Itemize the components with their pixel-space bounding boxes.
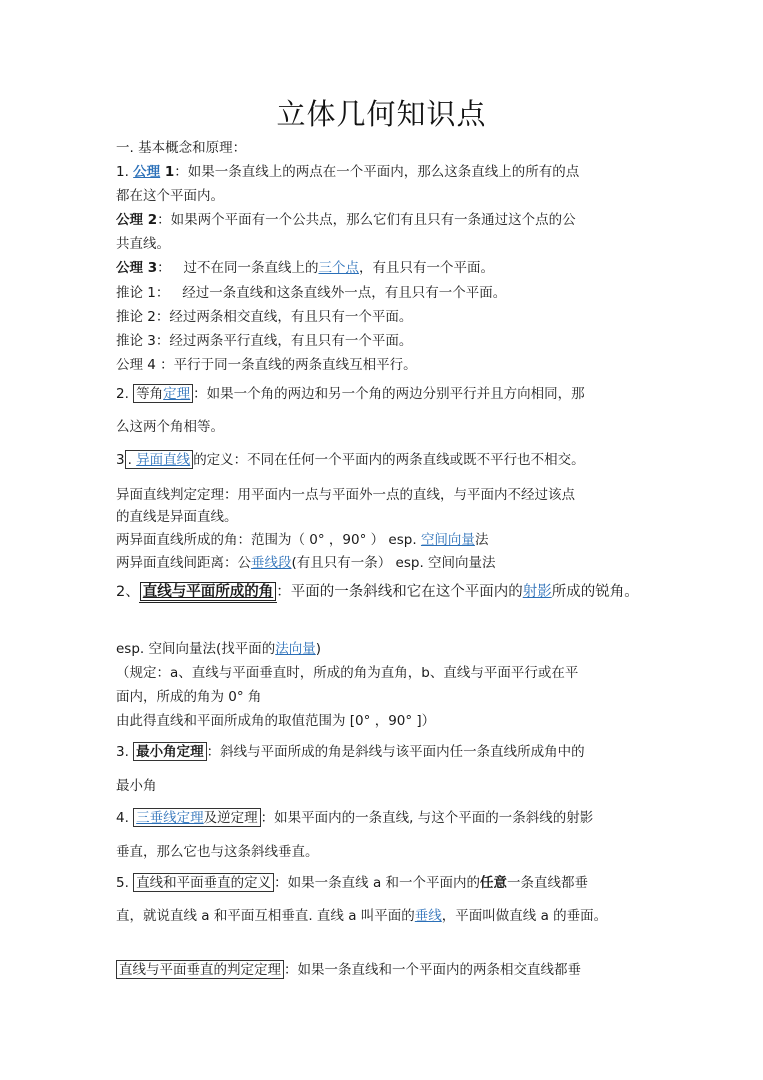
line-plane-perp-def: 5. 直线和平面垂直的定义：如果一条直线 a 和一个平面内的任意一条直线都垂 xyxy=(116,874,588,892)
boxed-term: 三垂线定理及逆定理 xyxy=(133,808,261,827)
skew-distance: 两异面直线间距离：公垂线段(有且只有一条） esp. 空间向量法 xyxy=(116,554,496,572)
equal-angle-theorem: 2. 等角定理：如果一个角的两边和另一个角的两边分别平行并且方向相同，那 xyxy=(116,385,585,403)
axiom-2: 公理 2：如果两个平面有一个公共点，那么它们有且只有一条通过这个点的公 xyxy=(116,211,576,229)
skew-lines-link[interactable]: 异面直线 xyxy=(136,452,190,468)
boxed-term: . 异面直线 xyxy=(125,450,194,469)
skew-criterion-cont: 的直线是异面直线。 xyxy=(116,508,238,526)
boxed-term: 直线与平面垂直的判定定理 xyxy=(116,960,284,979)
perpendicular-line-link[interactable]: 垂线 xyxy=(415,908,442,924)
boxed-term: 直线和平面垂直的定义 xyxy=(133,873,274,892)
perpendicular-segment-link[interactable]: 垂线段 xyxy=(251,555,292,571)
three-perpendiculars-link[interactable]: 三垂线定理 xyxy=(136,810,204,826)
perp-criterion: 直线与平面垂直的判定定理：如果一条直线和一个平面内的两条相交直线都垂 xyxy=(116,961,581,979)
page-title: 立体几何知识点 xyxy=(0,92,763,133)
three-perpendiculars-theorem: 4. 三垂线定理及逆定理：如果平面内的一条直线, 与这个平面的一条斜线的射影 xyxy=(116,809,593,827)
minimum-angle-theorem: 3. 最小角定理：斜线与平面所成的角是斜线与该平面内任一条直线所成角中的 xyxy=(116,743,585,761)
space-vector-link[interactable]: 空间向量 xyxy=(421,532,475,548)
skew-lines-def: 3. 异面直线的定义：不同在任何一个平面内的两条直线或既不平行也不相交。 xyxy=(116,451,585,469)
corollary-1: 推论 1： 经过一条直线和这条直线外一点，有且只有一个平面。 xyxy=(116,284,506,302)
boxed-term: 等角定理 xyxy=(133,384,193,403)
three-perpendiculars-cont: 垂直，那么它也与这条斜线垂直。 xyxy=(116,843,319,861)
range-note: 由此得直线和平面所成角的取值范围为 [0° ，90° ]） xyxy=(116,712,435,730)
axiom-2-cont: 共直线。 xyxy=(116,235,170,253)
corollary-2: 推论 2：经过两条相交直线，有且只有一个平面。 xyxy=(116,308,412,326)
skew-angle: 两异面直线所成的角：范围为（ 0° ，90° ） esp. 空间向量法 xyxy=(116,531,488,549)
line-plane-angle: 2、直线与平面所成的角：平面的一条斜线和它在这个平面内的射影所成的锐角。 xyxy=(116,583,639,601)
axiom-4: 公理 4 ：平行于同一条直线的两条直线互相平行。 xyxy=(116,356,417,374)
boxed-term: 最小角定理 xyxy=(133,742,207,761)
theorem-link[interactable]: 定理 xyxy=(163,386,190,402)
rule-note: （规定：a、直线与平面垂直时，所成的角为直角，b、直线与平面平行或在平 xyxy=(116,664,578,682)
three-points-link[interactable]: 三个点 xyxy=(318,260,359,276)
axiom-link[interactable]: 公理 xyxy=(133,164,160,180)
corollary-3: 推论 3：经过两条平行直线，有且只有一个平面。 xyxy=(116,332,412,350)
normal-vector-link[interactable]: 法向量 xyxy=(275,641,316,657)
axiom-3: 公理 3： 过不在同一条直线上的三个点，有且只有一个平面。 xyxy=(116,259,494,277)
boxed-term: 直线与平面所成的角 xyxy=(140,582,277,601)
line-plane-perp-cont: 直，就说直线 a 和平面互相垂直. 直线 a 叫平面的垂线，平面叫做直线 a 的… xyxy=(116,907,607,925)
projection-link[interactable]: 射影 xyxy=(523,584,552,600)
skew-criterion: 异面直线判定定理：用平面内一点与平面外一点的直线，与平面内不经过该点 xyxy=(116,486,575,504)
normal-vector-method: esp. 空间向量法(找平面的法向量) xyxy=(116,640,321,658)
rule-note-cont: 面内，所成的角为 0° 角 xyxy=(116,688,261,706)
equal-angle-cont: 么这两个角相等。 xyxy=(116,418,224,436)
section-heading: 一. 基本概念和原理： xyxy=(116,139,246,157)
axiom-1: 1. 公理 1：如果一条直线上的两点在一个平面内，那么这条直线上的所有的点 xyxy=(116,163,579,181)
minimum-angle-cont: 最小角 xyxy=(116,777,157,795)
axiom-1-cont: 都在这个平面内。 xyxy=(116,187,224,205)
